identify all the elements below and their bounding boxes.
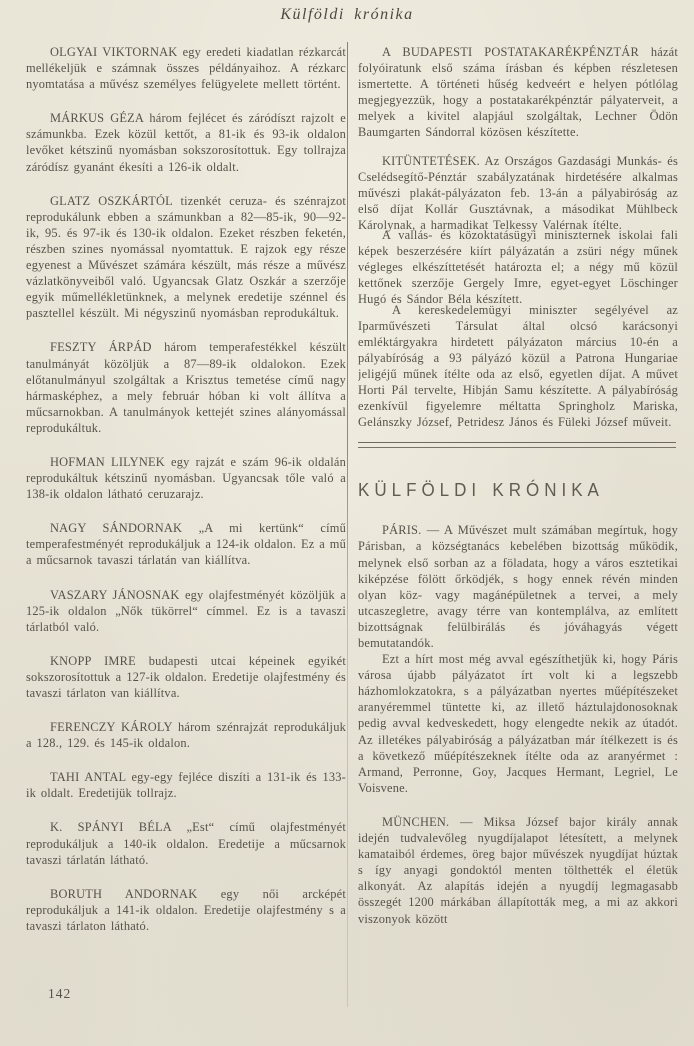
paragraph-vaszary: VASZARY JÁNOSNAK egy olajfestményét közö… [26,587,346,635]
paragraph-munchen: MÜNCHEN. — Miksa József bajor király ann… [358,814,678,927]
paragraph-vallas-miniszter: A vallás- és közoktatásügyi miniszternek… [358,227,678,307]
running-head: Külföldi krónika [0,6,694,24]
section-heading-kulfoldi-kronika: KÜLFÖLDI KRÓNIKA [358,482,678,499]
paragraph-feszty: FESZTY ÁRPÁD három temperafestékkel kész… [26,339,346,436]
column-divider-rule [347,42,348,1007]
paragraph-postatakarekpenztar: A BUDAPESTI POSTATAKARÉKPÉNZTÁR házát fo… [358,44,678,141]
paragraph-spanyi: K. SPÁNYI BÉLA „Est“ című olajfestményét… [26,819,346,867]
paragraph-kituntetesek: KITÜNTETÉSEK. Az Országos Gazdasági Munk… [358,153,678,233]
paragraph-markus: MÁRKUS GÉZA három fejlécet és záródíszt … [26,110,346,174]
paragraph-paris-folytatas: Ezt a hírt most még avval egészíthetjük … [358,651,678,796]
paragraph-kereskedelemugyi: A kereskedelemügyi miniszter segélyével … [358,302,678,431]
paragraph-paris: PÁRIS. — A Művészet mult számában megírt… [358,522,678,651]
paragraph-tahi: TAHI ANTAL egy-egy fejléce diszíti a 131… [26,769,346,801]
paragraph-knopp: KNOPP IMRE budapesti utcai képeinek egyi… [26,653,346,701]
paragraph-hofman: HOFMAN LILYNEK egy rajzát e szám 96-ik o… [26,454,346,502]
paragraph-glatz: GLATZ OSZKÁRTÓL tizenkét ceruza- és szén… [26,193,346,322]
paragraph-nagy: NAGY SÁNDORNAK „A mi kertünk“ című tempe… [26,520,346,568]
paragraph-ferenczy: FERENCZY KÁROLY három szénrajzát reprodu… [26,719,346,751]
section-divider-rule [358,442,676,448]
left-column: OLGYAI VIKTORNAK egy eredeti kiadatlan r… [26,44,346,1004]
magazine-page: Külföldi krónika OLGYAI VIKTORNAK egy er… [0,0,694,1046]
paragraph-boruth: BORUTH ANDORNAK egy női arcképét reprodu… [26,886,346,934]
page-number: 142 [48,986,71,1002]
paragraph-olgyai: OLGYAI VIKTORNAK egy eredeti kiadatlan r… [26,44,346,92]
right-column: A BUDAPESTI POSTATAKARÉKPÉNZTÁR házát fo… [358,44,678,1034]
